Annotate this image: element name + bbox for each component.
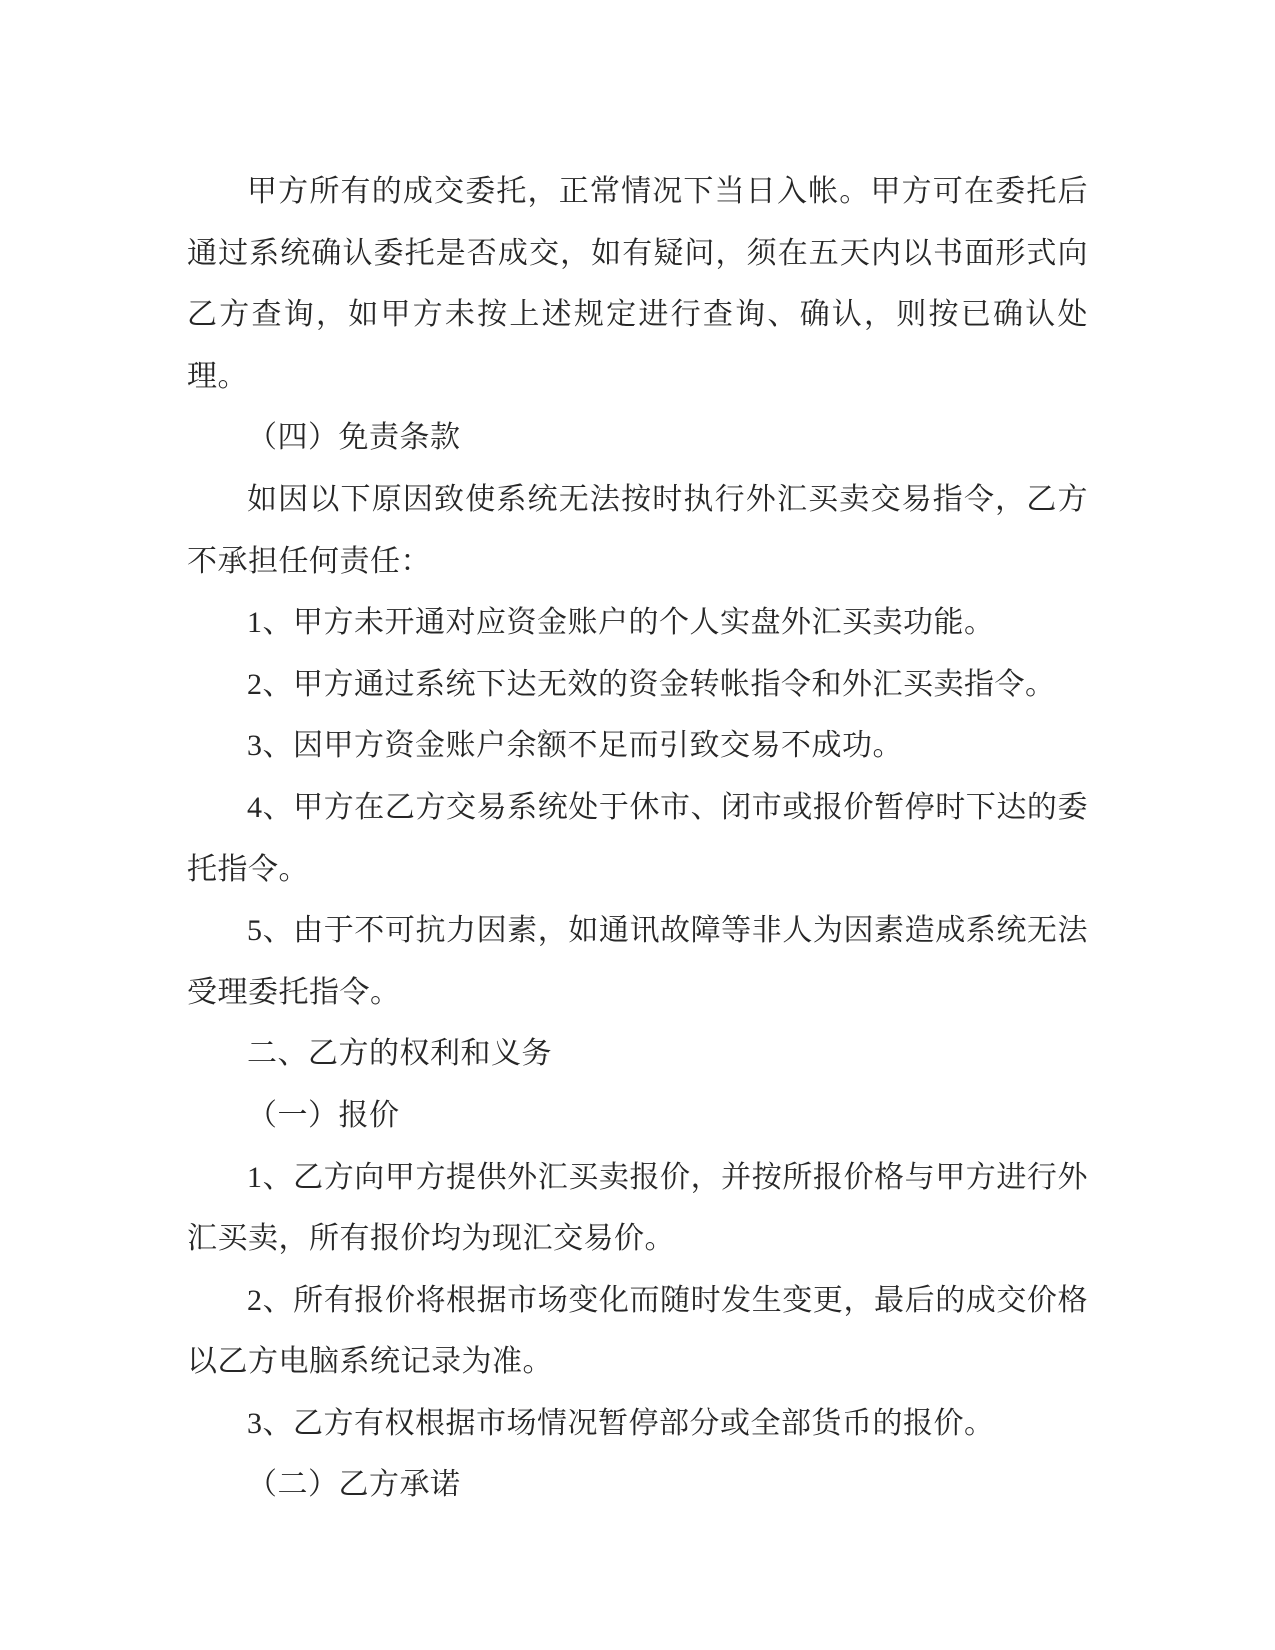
list-item-exemption-4: 4、甲方在乙方交易系统处于休市、闭市或报价暂停时下达的委托指令。: [187, 777, 1088, 900]
document-page: 甲方所有的成交委托，正常情况下当日入帐。甲方可在委托后通过系统确认委托是否成交，…: [0, 0, 1275, 1650]
list-item-exemption-3: 3、因甲方资金账户余额不足而引致交易不成功。: [187, 715, 1088, 777]
heading-quotation: （一）报价: [187, 1085, 1088, 1147]
paragraph-settlement-confirmation: 甲方所有的成交委托，正常情况下当日入帐。甲方可在委托后通过系统确认委托是否成交，…: [187, 161, 1088, 407]
list-item-exemption-5: 5、由于不可抗力因素，如通讯故障等非人为因素造成系统无法受理委托指令。: [187, 900, 1088, 1023]
paragraph-exemption-intro: 如因以下原因致使系统无法按时执行外汇买卖交易指令，乙方不承担任何责任：: [187, 469, 1088, 592]
list-item-quotation-1: 1、乙方向甲方提供外汇买卖报价，并按所报价格与甲方进行外汇买卖，所有报价均为现汇…: [187, 1147, 1088, 1270]
heading-exemption-clause: （四）免责条款: [187, 407, 1088, 469]
list-item-exemption-1: 1、甲方未开通对应资金账户的个人实盘外汇买卖功能。: [187, 592, 1088, 654]
list-item-quotation-3: 3、乙方有权根据市场情况暂停部分或全部货币的报价。: [187, 1393, 1088, 1455]
list-item-quotation-2: 2、所有报价将根据市场变化而随时发生变更，最后的成交价格以乙方电脑系统记录为准。: [187, 1270, 1088, 1393]
heading-party-b-rights: 二、乙方的权利和义务: [187, 1023, 1088, 1085]
heading-party-b-commitment: （二）乙方承诺: [187, 1454, 1088, 1516]
list-item-exemption-2: 2、甲方通过系统下达无效的资金转帐指令和外汇买卖指令。: [187, 654, 1088, 716]
document-text-block: 甲方所有的成交委托，正常情况下当日入帐。甲方可在委托后通过系统确认委托是否成交，…: [187, 161, 1088, 1516]
